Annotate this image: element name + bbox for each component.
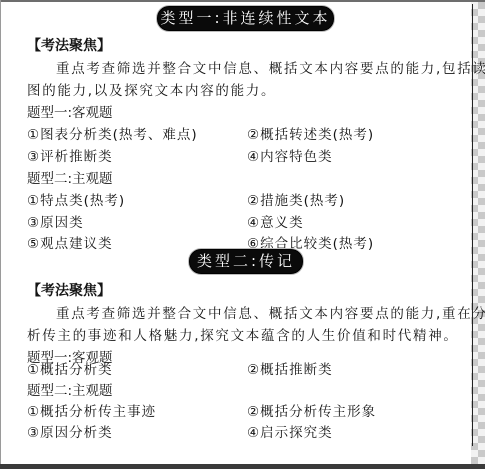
question-item: ④启示探究类 — [247, 424, 333, 442]
section-title-badge-2: 类型二:传记 — [189, 249, 303, 274]
focus-paragraph-1-line-1: 重点考查筛选并整合文中信息、概括文本内容要点的能力,包括读 — [56, 60, 485, 78]
question-item: ②概括分析传主形象 — [247, 403, 376, 421]
question-item: ③评析推断类 — [27, 148, 113, 166]
question-item: ④内容特色类 — [247, 148, 333, 166]
question-item: ②措施类(热考) — [247, 192, 345, 210]
question-type-label-1-2: 题型二:主观题 — [27, 170, 113, 188]
question-item: ①概括分析传主事迹 — [27, 403, 156, 421]
question-item: ③原因类 — [27, 214, 84, 232]
bottom-border — [0, 464, 485, 469]
question-item: ②概括推断类 — [247, 361, 333, 379]
focus-heading-2: 【考法聚焦】 — [27, 282, 111, 300]
focus-paragraph-1-line-2: 图的能力,以及探究文本内容的能力。 — [27, 82, 276, 100]
question-item: ④意义类 — [247, 214, 304, 232]
question-type-label-1-1: 题型一:客观题 — [27, 104, 113, 122]
section-title-badge-1: 类型一:非连续性文本 — [157, 6, 334, 31]
left-border — [0, 0, 1, 469]
question-type-label-2-2: 题型二:主观题 — [27, 382, 113, 400]
focus-heading-1: 【考法聚焦】 — [27, 37, 111, 55]
question-item: ①图表分析类(热考、难点) — [27, 126, 198, 144]
question-item: ①概括分析类 — [27, 361, 113, 379]
question-item: ②概括转述类(热考) — [247, 126, 374, 144]
question-item: ⑤观点建议类 — [27, 235, 113, 253]
top-border — [0, 0, 485, 2]
question-item: ①特点类(热考) — [27, 192, 125, 210]
focus-paragraph-2-line-1: 重点考查筛选并整合文中信息、概括文本内容要点的能力,重在分 — [56, 305, 485, 323]
focus-paragraph-2-line-2: 析传主的事迹和人格魅力,探究文本蕴含的人生价值和时代精神。 — [27, 327, 459, 345]
question-item: ③原因分析类 — [27, 424, 113, 442]
